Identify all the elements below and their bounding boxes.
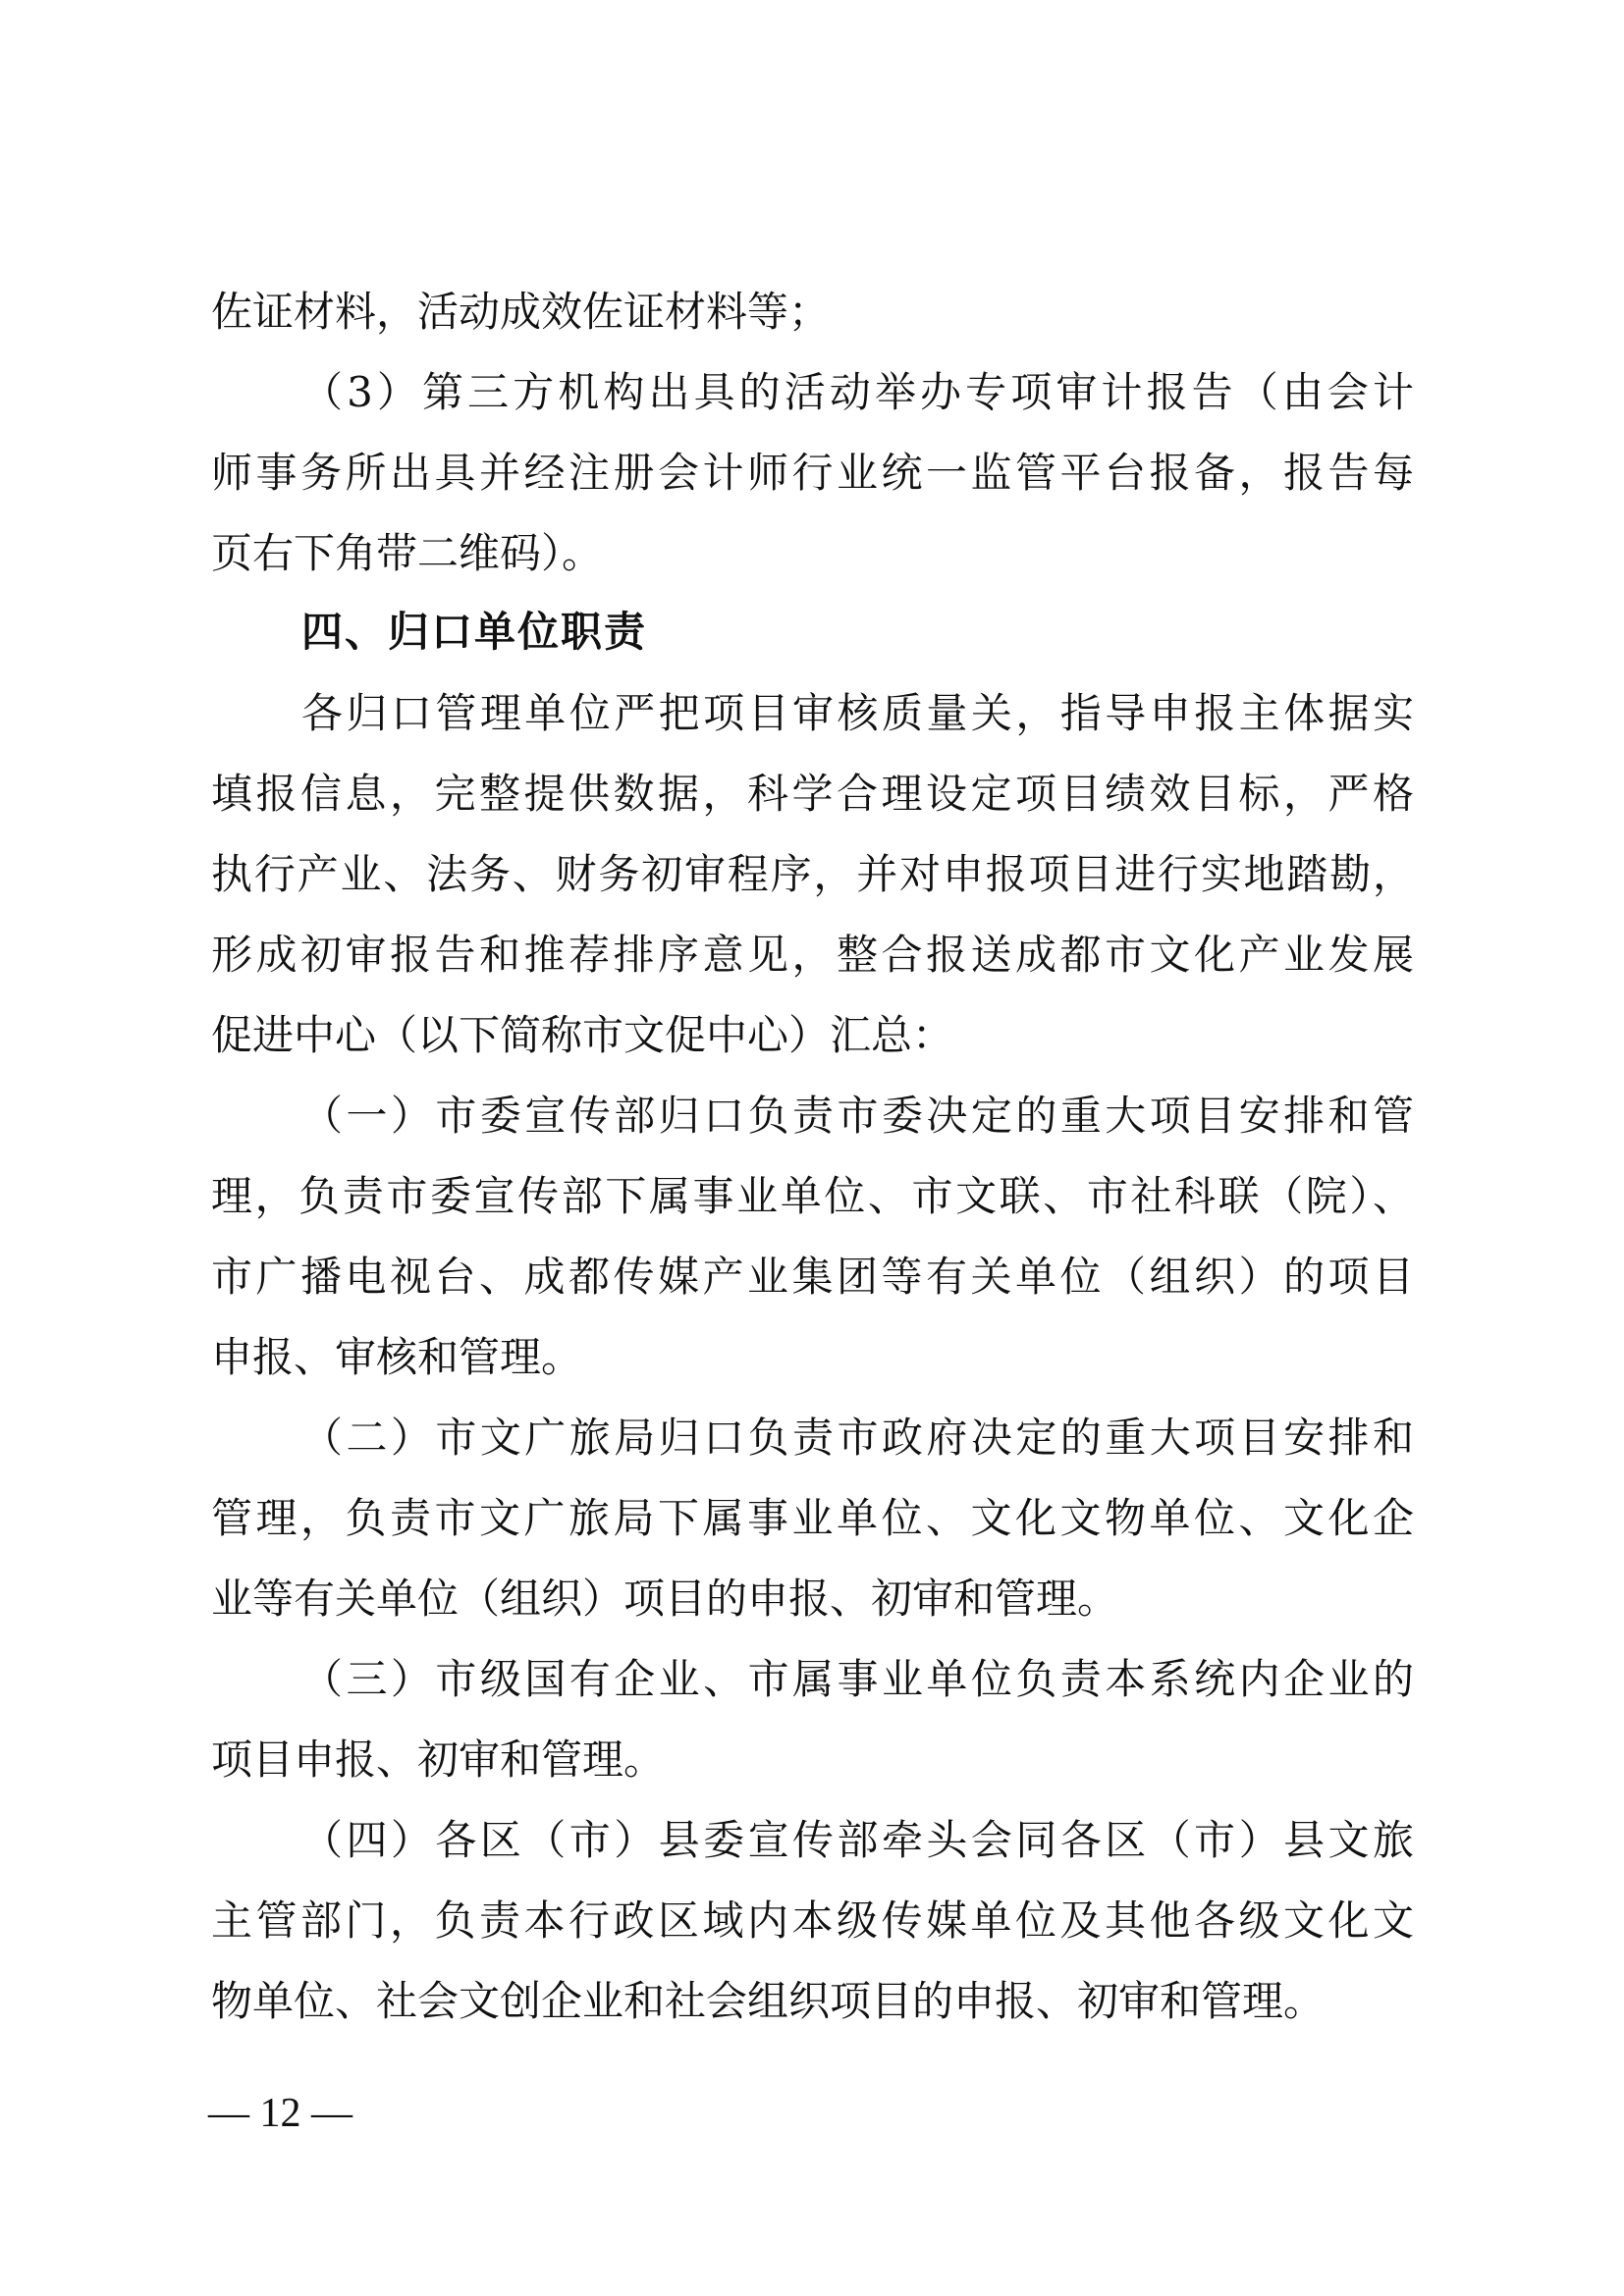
text-line: 佐证材料，活动成效佐证材料等；	[211, 283, 1414, 342]
text-line: （3）第三方机构出具的活动举办专项审计报告（由会计	[301, 363, 1414, 422]
page-number: — 12 —	[208, 2089, 352, 2138]
text-line: 申报、审核和管理。	[211, 1328, 1414, 1387]
text-line: 管理，负责市文广旅局下属事业单位、文化文物单位、文化企	[211, 1489, 1414, 1548]
text-line: 师事务所出具并经注册会计师行业统一监管平台报备，报告每	[211, 444, 1414, 503]
document-page: 佐证材料，活动成效佐证材料等； （3）第三方机构出具的活动举办专项审计报告（由会…	[0, 0, 1624, 2296]
text-line: 页右下角带二维码）。	[211, 524, 1414, 583]
text-line: 形成初审报告和推荐排序意见，整合报送成都市文化产业发展	[211, 926, 1414, 985]
text-line: 填报信息，完整提供数据，科学合理设定项目绩效目标，严格	[211, 765, 1414, 824]
text-line: 主管部门，负责本行政区域内本级传媒单位及其他各级文化文	[211, 1892, 1414, 1950]
section-heading: 四、归口单位职责	[301, 603, 1414, 662]
text-line: 执行产业、法务、财务初审程序，并对申报项目进行实地踏勘，	[211, 845, 1414, 904]
text-line: 各归口管理单位严把项目审核质量关，指导申报主体据实	[301, 684, 1414, 743]
text-line: （三）市级国有企业、市属事业单位负责本系统内企业的	[301, 1650, 1414, 1709]
text-line: 物单位、社会文创企业和社会组织项目的申报、初审和管理。	[211, 1972, 1414, 2031]
text-line: （四）各区（市）县委宣传部牵头会同各区（市）县文旅	[301, 1811, 1414, 1870]
text-line: 促进中心（以下简称市文促中心）汇总：	[211, 1006, 1414, 1065]
text-line: （二）市文广旅局归口负责市政府决定的重大项目安排和	[301, 1409, 1414, 1468]
text-line: 市广播电视台、成都传媒产业集团等有关单位（组织）的项目	[211, 1248, 1414, 1307]
text-line: （一）市委宣传部归口负责市委决定的重大项目安排和管	[301, 1087, 1414, 1146]
text-line: 项目申报、初审和管理。	[211, 1731, 1414, 1789]
text-line: 业等有关单位（组织）项目的申报、初审和管理。	[211, 1570, 1414, 1629]
text-line: 理，负责市委宣传部下属事业单位、市文联、市社科联（院）、	[211, 1167, 1414, 1226]
